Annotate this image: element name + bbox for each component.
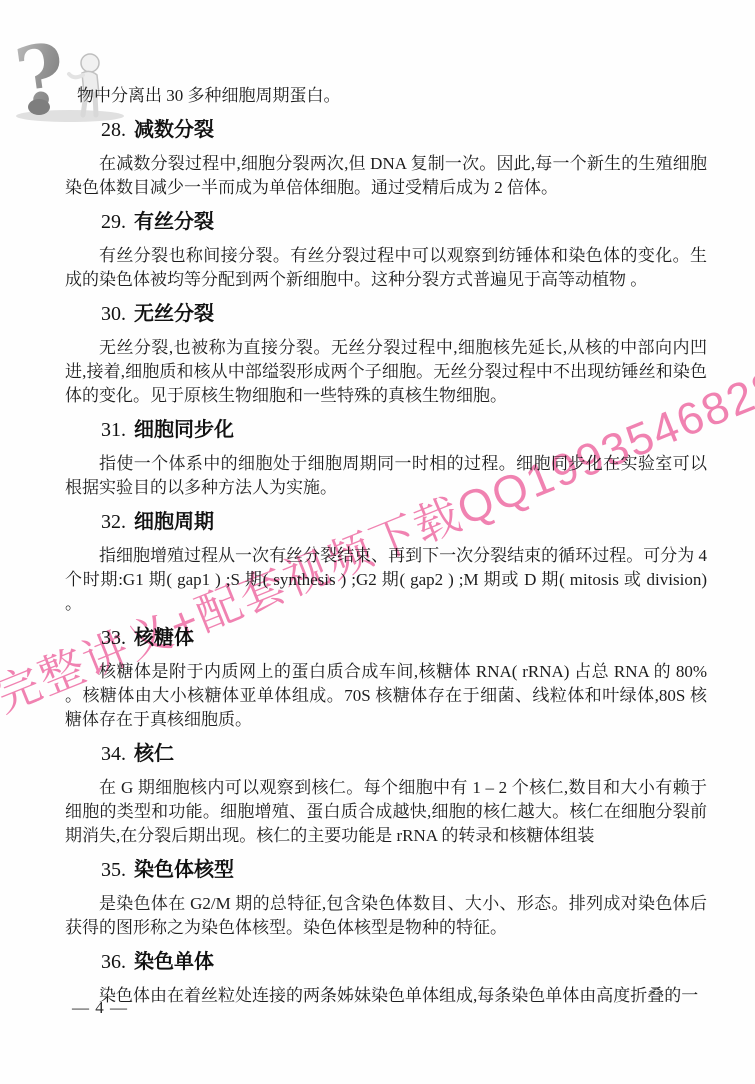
- term-heading: 36.染色单体: [101, 950, 707, 974]
- term-definition: 在 G 期细胞核内可以观察到核仁。每个细胞中有 1 – 2 个核仁,数目和大小有…: [65, 776, 707, 848]
- term-section-33: 33.核糖体 核糖体是附于内质网上的蛋白质合成车间,核糖体 RNA( rRNA)…: [65, 626, 707, 732]
- term-heading: 30.无丝分裂: [101, 302, 707, 326]
- term-title: 细胞同步化: [134, 419, 234, 441]
- term-number: 36.: [101, 951, 126, 973]
- term-section-30: 30.无丝分裂 无丝分裂,也被称为直接分裂。无丝分裂过程中,细胞核先延长,从核的…: [65, 302, 707, 408]
- term-number: 33.: [101, 627, 126, 649]
- term-number: 34.: [101, 743, 126, 765]
- term-definition: 有丝分裂也称间接分裂。有丝分裂过程中可以观察到纺锤体和染色体的变化。生成的染色体…: [65, 244, 707, 292]
- term-definition: 无丝分裂,也被称为直接分裂。无丝分裂过程中,细胞核先延长,从核的中部向内凹进,接…: [65, 336, 707, 408]
- term-section-28: 28.减数分裂 在减数分裂过程中,细胞分裂两次,但 DNA 复制一次。因此,每一…: [65, 118, 707, 200]
- term-number: 31.: [101, 419, 126, 441]
- term-section-29: 29.有丝分裂 有丝分裂也称间接分裂。有丝分裂过程中可以观察到纺锤体和染色体的变…: [65, 210, 707, 292]
- term-heading: 28.减数分裂: [101, 118, 707, 142]
- term-heading: 29.有丝分裂: [101, 210, 707, 234]
- term-heading: 31.细胞同步化: [101, 418, 707, 442]
- term-title: 减数分裂: [134, 119, 214, 141]
- paragraph-continuation: 物中分离出 30 多种细胞周期蛋白。: [65, 84, 707, 108]
- document-body: 物中分离出 30 多种细胞周期蛋白。 28.减数分裂 在减数分裂过程中,细胞分裂…: [65, 84, 707, 1008]
- term-number: 29.: [101, 211, 126, 233]
- document-page: 完整讲义+配套视频下载QQ1993546828 ? 物中分离出 30 多种细胞周…: [0, 0, 755, 1084]
- term-title: 染色单体: [134, 951, 214, 973]
- term-title: 无丝分裂: [134, 303, 214, 325]
- term-heading: 34.核仁: [101, 742, 707, 766]
- term-heading: 33.核糖体: [101, 626, 707, 650]
- term-definition: 是染色体在 G2/M 期的总特征,包含染色体数目、大小、形态。排列成对染色体后获…: [65, 892, 707, 940]
- term-number: 32.: [101, 511, 126, 533]
- term-title: 染色体核型: [134, 859, 234, 881]
- term-definition: 在减数分裂过程中,细胞分裂两次,但 DNA 复制一次。因此,每一个新生的生殖细胞…: [65, 152, 707, 200]
- term-heading: 32.细胞周期: [101, 510, 707, 534]
- term-section-34: 34.核仁 在 G 期细胞核内可以观察到核仁。每个细胞中有 1 – 2 个核仁,…: [65, 742, 707, 848]
- term-title: 核糖体: [134, 627, 194, 649]
- term-definition: 核糖体是附于内质网上的蛋白质合成车间,核糖体 RNA( rRNA) 占总 RNA…: [65, 660, 707, 732]
- term-section-35: 35.染色体核型 是染色体在 G2/M 期的总特征,包含染色体数目、大小、形态。…: [65, 858, 707, 940]
- page-number: — 4 —: [72, 998, 128, 1018]
- term-number: 35.: [101, 859, 126, 881]
- term-title: 有丝分裂: [134, 211, 214, 233]
- term-heading: 35.染色体核型: [101, 858, 707, 882]
- term-definition: 指使一个体系中的细胞处于细胞周期同一时相的过程。细胞同步化在实验室可以根据实验目…: [65, 452, 707, 500]
- term-section-31: 31.细胞同步化 指使一个体系中的细胞处于细胞周期同一时相的过程。细胞同步化在实…: [65, 418, 707, 500]
- term-title: 细胞周期: [134, 511, 214, 533]
- term-number: 30.: [101, 303, 126, 325]
- term-definition: 指细胞增殖过程从一次有丝分裂结束、再到下一次分裂结束的循环过程。可分为 4 个时…: [65, 544, 707, 616]
- term-title: 核仁: [134, 743, 174, 765]
- term-section-32: 32.细胞周期 指细胞增殖过程从一次有丝分裂结束、再到下一次分裂结束的循环过程。…: [65, 510, 707, 616]
- term-section-36: 36.染色单体 染色体由在着丝粒处连接的两条姊妹染色单体组成,每条染色单体由高度…: [65, 950, 707, 1008]
- term-definition: 染色体由在着丝粒处连接的两条姊妹染色单体组成,每条染色单体由高度折叠的一: [65, 984, 707, 1008]
- term-number: 28.: [101, 119, 126, 141]
